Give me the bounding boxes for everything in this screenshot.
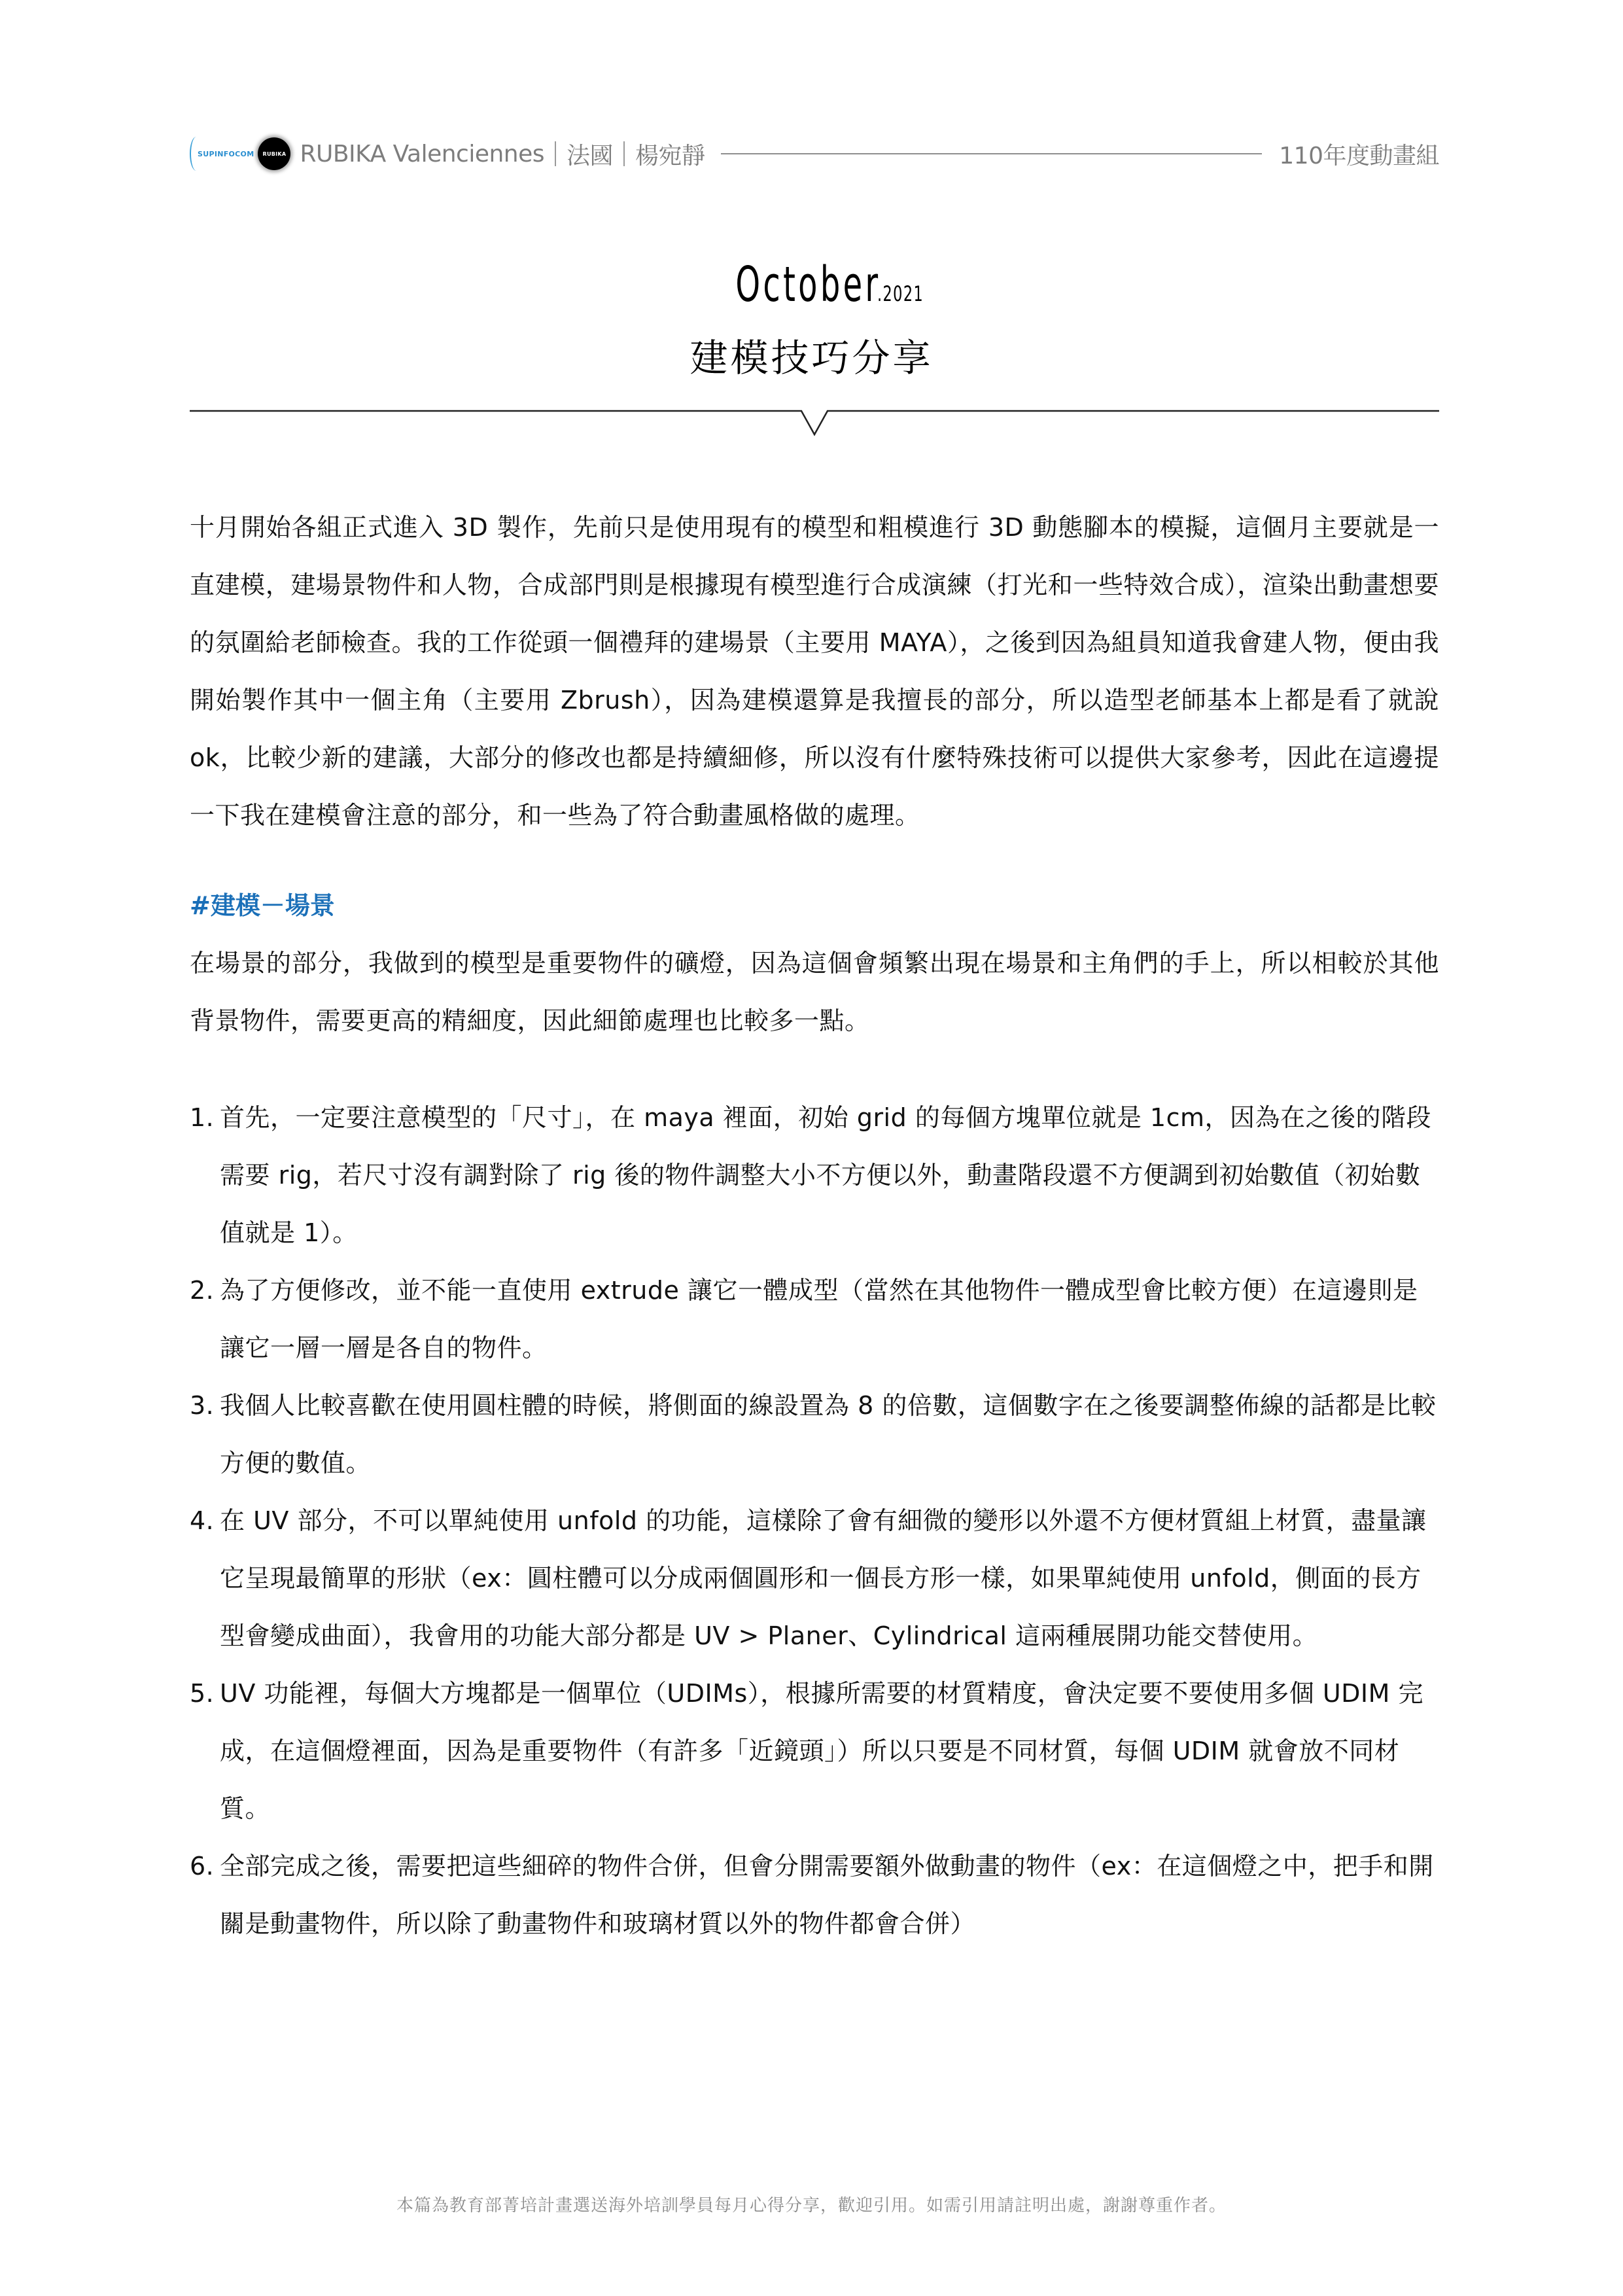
list-item: 4. 在 UV 部分，不可以單純使用 unfold 的功能，這樣除了會有細微的變… xyxy=(190,1492,1439,1665)
header-author: 楊宛靜 xyxy=(635,137,705,171)
section-heading: #建模－場景 xyxy=(190,877,1439,934)
title-year: .2021 xyxy=(877,258,924,330)
list-number: 5. xyxy=(190,1665,220,1837)
list-number: 1. xyxy=(190,1089,220,1262)
list-item: 2. 為了方便修改，並不能一直使用 extrude 讓它一體成型（當然在其他物件… xyxy=(190,1262,1439,1377)
header-group: 110年度動畫組 xyxy=(1279,137,1439,171)
list-number: 3. xyxy=(190,1377,220,1492)
tips-list: 1. 首先，一定要注意模型的「尺寸」，在 maya 裡面，初始 grid 的每個… xyxy=(190,1089,1439,1952)
rubika-logo: RUBIKA xyxy=(258,137,290,170)
school-logo: SUPINFOCOM RUBIKA xyxy=(190,131,290,177)
list-text: 首先，一定要注意模型的「尺寸」，在 maya 裡面，初始 grid 的每個方塊單… xyxy=(220,1089,1439,1262)
page-title: 建模技巧分享 xyxy=(0,327,1623,382)
list-text: UV 功能裡，每個大方塊都是一個單位（UDIMs），根據所需要的材質精度，會決定… xyxy=(220,1665,1439,1837)
list-number: 4. xyxy=(190,1492,220,1665)
supinfocom-logo-text: SUPINFOCOM xyxy=(198,150,254,158)
title-divider xyxy=(190,406,1439,438)
section-paragraph: 在場景的部分，我做到的模型是重要物件的礦燈，因為這個會頻繁出現在場景和主角們的手… xyxy=(190,934,1439,1050)
supinfocom-logo: SUPINFOCOM xyxy=(190,134,254,173)
title-month: October xyxy=(736,249,881,321)
page-header: SUPINFOCOM RUBIKA RUBIKA Valenciennes 法國… xyxy=(190,131,1439,177)
month-line: October.2021 xyxy=(0,249,1623,321)
page-footer: 本篇為教育部菁培計畫選送海外培訓學員每月心得分享，歡迎引用。如需引用請註明出處，… xyxy=(0,2192,1623,2216)
list-number: 6. xyxy=(190,1837,220,1952)
header-rule xyxy=(721,153,1263,154)
list-text: 我個人比較喜歡在使用圓柱體的時候，將側面的線設置為 8 的倍數，這個數字在之後要… xyxy=(220,1377,1439,1492)
list-text: 在 UV 部分，不可以單純使用 unfold 的功能，這樣除了會有細微的變形以外… xyxy=(220,1492,1439,1665)
list-item: 3. 我個人比較喜歡在使用圓柱體的時候，將側面的線設置為 8 的倍數，這個數字在… xyxy=(190,1377,1439,1492)
list-number: 2. xyxy=(190,1262,220,1377)
list-text: 為了方便修改，並不能一直使用 extrude 讓它一體成型（當然在其他物件一體成… xyxy=(220,1262,1439,1377)
list-text: 全部完成之後，需要把這些細碎的物件合併，但會分開需要額外做動畫的物件（ex：在這… xyxy=(220,1837,1439,1952)
list-item: 1. 首先，一定要注意模型的「尺寸」，在 maya 裡面，初始 grid 的每個… xyxy=(190,1089,1439,1262)
header-separator xyxy=(623,141,625,166)
logo-arc-icon xyxy=(190,137,203,171)
header-country: 法國 xyxy=(567,137,613,171)
rubika-logo-text: RUBIKA xyxy=(262,151,286,157)
article-body: 十月開始各組正式進入 3D 製作，先前只是使用現有的模型和粗模進行 3D 動態腳… xyxy=(190,499,1439,1952)
header-separator xyxy=(555,141,556,166)
list-item: 5. UV 功能裡，每個大方塊都是一個單位（UDIMs），根據所需要的材質精度，… xyxy=(190,1665,1439,1837)
title-block: October.2021 建模技巧分享 xyxy=(0,249,1623,382)
list-item: 6. 全部完成之後，需要把這些細碎的物件合併，但會分開需要額外做動畫的物件（ex… xyxy=(190,1837,1439,1952)
header-school: RUBIKA Valenciennes xyxy=(300,141,544,168)
intro-paragraph: 十月開始各組正式進入 3D 製作，先前只是使用現有的模型和粗模進行 3D 動態腳… xyxy=(190,499,1439,844)
